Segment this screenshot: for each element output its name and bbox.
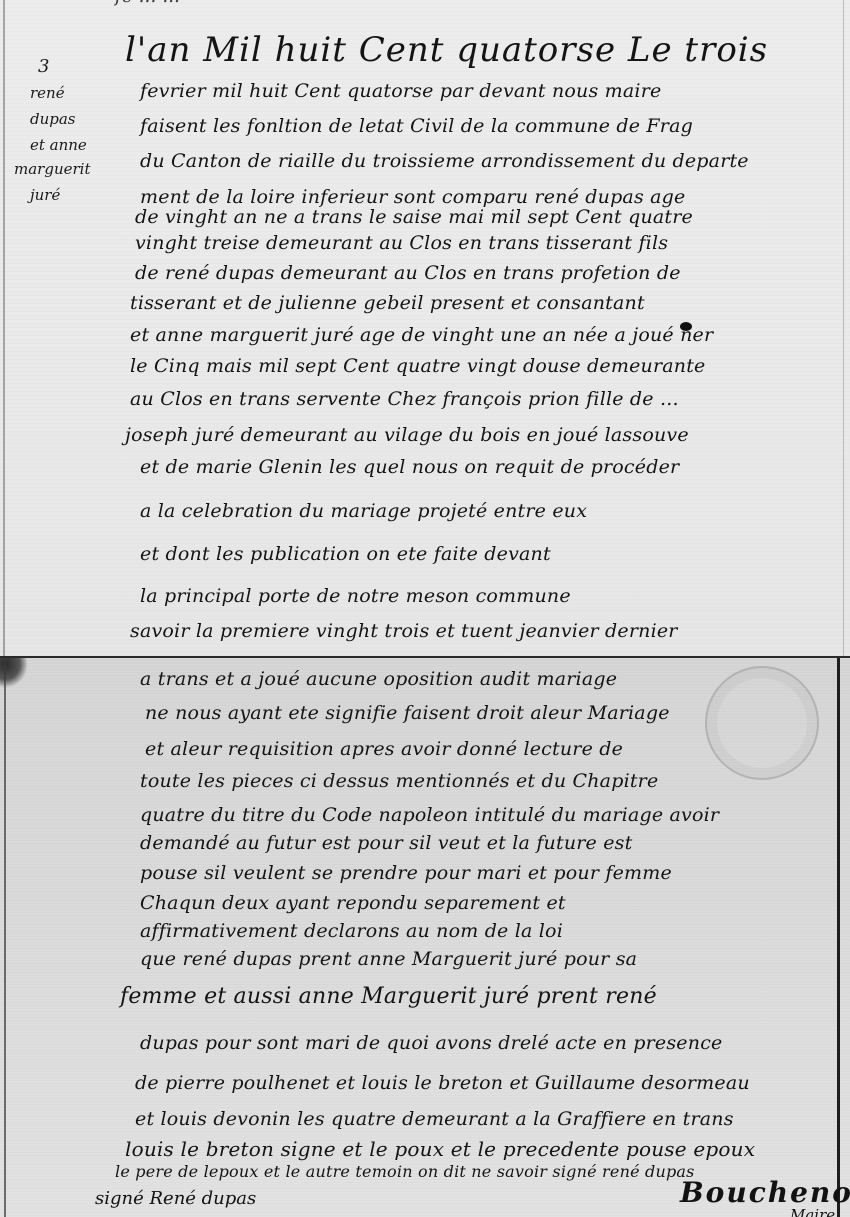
margin-note-line: marguerit: [14, 160, 90, 178]
groom-signature: signé René dupas: [95, 1188, 256, 1209]
text-line: que rené dupas prent anne Marguerit juré…: [140, 948, 637, 970]
text-line: tisserant et de julienne gebeil present …: [130, 292, 645, 314]
margin-note-line: dupas: [30, 110, 76, 128]
page-edge-right: [843, 0, 844, 656]
text-line: affirmativement declarons au nom de la l…: [140, 920, 563, 942]
lower-page-scan: a trans et a joué aucune oposition audit…: [0, 656, 850, 1217]
text-line: du Canton de riaille du troissieme arron…: [140, 150, 749, 172]
entry-title: l'an Mil huit Cent quatorse Le trois: [125, 30, 768, 70]
text-line: ne nous ayant ete signifie faisent droit…: [145, 702, 670, 724]
cut-off-fragment: fe ... ...: [115, 0, 180, 7]
text-line: la principal porte de notre meson commun…: [140, 585, 571, 607]
text-line: toute les pieces ci dessus mentionnés et…: [140, 770, 658, 792]
page-edge-right: [837, 658, 840, 1217]
text-line: le Cinq mais mil sept Cent quatre vingt …: [130, 355, 705, 377]
text-line: de vinght an ne a trans le saise mai mil…: [135, 206, 693, 228]
text-line: de pierre poulhenet et louis le breton e…: [135, 1072, 750, 1094]
text-line: Chaqun deux ayant repondu separement et: [140, 892, 566, 914]
text-line: au Clos en trans servente Chez françois …: [130, 388, 679, 410]
text-line: fevrier mil huit Cent quatorse par devan…: [140, 80, 661, 102]
text-line: louis le breton signe et le poux et le p…: [125, 1137, 755, 1161]
margin-note-line: rené: [30, 84, 65, 102]
text-line: le pere de lepoux et le autre temoin on …: [115, 1162, 695, 1181]
upper-page-scan: fe ... ... l'an Mil huit Cent quatorse L…: [0, 0, 850, 656]
text-line: femme et aussi anne Marguerit juré prent…: [120, 984, 657, 1009]
text-line: a la celebration du mariage projeté entr…: [140, 500, 587, 522]
text-line: demandé au futur est pour sil veut et la…: [140, 832, 632, 854]
margin-entry-number: 3: [38, 56, 49, 77]
document-viewer: fe ... ... l'an Mil huit Cent quatorse L…: [0, 0, 850, 1217]
faded-seal-stamp: [705, 666, 819, 780]
text-line: et dont les publication on ete faite dev…: [140, 543, 551, 565]
text-line: et anne marguerit juré age de vinght une…: [130, 324, 713, 346]
mayor-title: Maire: [790, 1206, 835, 1217]
text-line: dupas pour sont mari de quoi avons drelé…: [140, 1032, 722, 1054]
margin-note-line: juré: [30, 186, 60, 204]
margin-note-line: et anne: [30, 136, 87, 154]
page-edge-left: [3, 0, 5, 656]
text-line: faisent les fonltion de letat Civil de l…: [140, 115, 693, 137]
text-line: savoir la premiere vinght trois et tuent…: [130, 620, 678, 642]
text-line: et louis devonin les quatre demeurant a …: [135, 1108, 734, 1130]
text-line: vinght treise demeurant au Clos en trans…: [135, 232, 668, 254]
text-line: de rené dupas demeurant au Clos en trans…: [135, 262, 681, 284]
page-edge-left: [4, 658, 6, 1217]
text-line: a trans et a joué aucune oposition audit…: [140, 668, 617, 690]
mayor-signature: Boucheno: [680, 1176, 850, 1209]
text-line: ment de la loire inferieur sont comparu …: [140, 186, 685, 208]
text-line: joseph juré demeurant au vilage du bois …: [125, 424, 689, 446]
text-line: pouse sil veulent se prendre pour mari e…: [140, 862, 672, 884]
text-line: et de marie Glenin les quel nous on requ…: [140, 456, 679, 478]
text-line: quatre du titre du Code napoleon intitul…: [140, 804, 719, 826]
text-line: et aleur requisition apres avoir donné l…: [145, 738, 623, 760]
